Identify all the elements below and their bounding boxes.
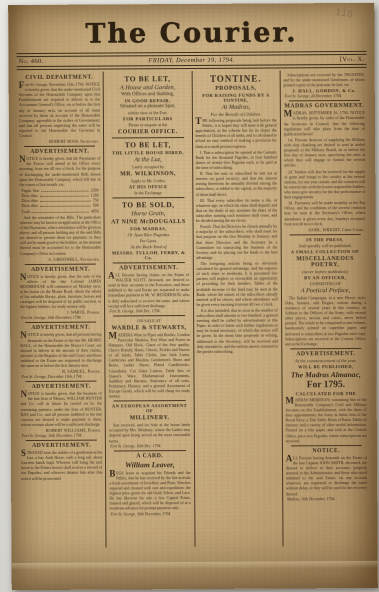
- heading-millinery: MILLINERY.: [109, 415, 190, 421]
- notice-scott-estate: ALL Persons having claims on the Estate …: [108, 272, 189, 308]
- heading-advertisement: ADVERTISEMENT.: [20, 325, 101, 331]
- notice-civil: Fort St. George, November 11th, 1794. NO…: [19, 82, 101, 139]
- subheading: FOR MADRAS,: [108, 226, 189, 231]
- subheading: ON SALE AT: [108, 318, 189, 323]
- place-date: Fort St. George, 16th Dec. 1794.: [109, 309, 189, 313]
- column-4: Subscriptions are received by the TRUSTE…: [279, 70, 370, 547]
- column-divider: [112, 137, 183, 138]
- place-date: Fort St. George, 16th December, 1794.: [21, 316, 101, 320]
- volume-label: [Vol. X.: [340, 56, 365, 63]
- subheading: Per Garse,: [108, 238, 189, 243]
- subheading: FOR PARTICULARS: [107, 116, 188, 121]
- notice-bills: And the remainder of the Bills. The part…: [19, 214, 100, 255]
- subheading: (never before published,): [285, 269, 366, 274]
- subheading: Situated on a pleasant Spot,: [107, 104, 188, 109]
- government-clause-3: 3d. Payments will be made monthly at the…: [284, 200, 365, 226]
- issue-date: FRIDAY, December 19, 1794.: [148, 57, 235, 65]
- subheading: Horse Grain,: [108, 210, 189, 217]
- subheading: MR. WILKINSON,: [107, 171, 188, 177]
- place-date: Fort St. George, December 16th, 1794.: [21, 375, 101, 379]
- newspaper-photo: { "masthead": { "title": "The Courier." …: [0, 0, 379, 592]
- place-date: Fort St. George, 16th December, 1794.: [111, 512, 191, 516]
- column-divider: [114, 450, 185, 451]
- subheading: With Offices and Stabling,: [107, 92, 188, 97]
- subheading: AT HIS OFFICE: [108, 184, 189, 189]
- masthead: The Courier.: [8, 3, 374, 48]
- heading-miscellaneous-poetry: MISCELLANEOUS POETRY,: [285, 256, 366, 268]
- column-divider: [25, 322, 96, 323]
- column-divider: [113, 262, 184, 263]
- tontine-intro: THE following proposals being laid befor…: [195, 117, 276, 148]
- card-text: BEGS leave to acquaint his Friends and t…: [109, 470, 190, 511]
- subheading: AN EUROPEAN ASSORTMENT OF: [109, 403, 190, 413]
- column-layout: CIVIL DEPARTMENT.Fort St. George, Novemb…: [16, 70, 371, 548]
- subheading: And speedily will be published,: [284, 243, 365, 248]
- heading-madras-government: MADRAS GOVERNMENT.: [284, 103, 365, 109]
- signature: R. SAMUEL, Purser.: [20, 369, 100, 374]
- subheading: within view of the Fort.: [107, 110, 188, 115]
- goods-list: MADEIRA Wine in Pipes and Bottles, Londo…: [108, 332, 190, 399]
- subheading: THE LITTLE HOUSE HIRED,: [107, 150, 188, 155]
- tontine-article-1: I. That a subscription be opened at the …: [196, 149, 277, 170]
- subheading: William Leaver,: [109, 460, 190, 469]
- subheading: A Poetical Preface,: [285, 287, 366, 294]
- subheading: At Madras,: [195, 103, 276, 110]
- signature: ROBERT WILLIAMS, Purser.: [21, 428, 101, 433]
- subheading: Please to enquire at the: [107, 122, 188, 127]
- signature: J. WHITE, Purser.: [20, 310, 100, 315]
- subheading: COURIER OFFICE.: [107, 129, 188, 135]
- column-divider: [113, 315, 184, 316]
- subheading: For the Benefit of Children.: [195, 111, 276, 116]
- column-3: TONTINE.PROPOSALS,FOR RAISING FUNDS BY A…: [191, 70, 282, 547]
- column-divider: [113, 197, 184, 198]
- bills-table: Pagds. Star2500Ditto ditto1200Ditto ditt…: [21, 187, 98, 213]
- heading-advertisement: ADVERTISEMENT.: [21, 384, 102, 390]
- notice-estate-2: NOTICE is hereby given, that all persons…: [20, 332, 101, 368]
- heading-wardle-stewarts: WARDLE & STEWARTS,: [108, 325, 189, 331]
- column-divider: [114, 400, 185, 401]
- subheading: At the Back-Yard of: [108, 244, 189, 249]
- notice-strayed: STRAYED from the stables of a gentleman …: [21, 450, 102, 481]
- subheading: CONSISTING OF: [285, 281, 366, 286]
- signature: A. GREENHILL, Paymaster.: [20, 256, 100, 261]
- government-clause-1: 1st. Persons desirous of supplying the M…: [284, 137, 365, 168]
- column-2: TO BE LET,A House and Garden,With Office…: [103, 71, 194, 548]
- heading-advertisement: ADVERTISEMENT.: [21, 443, 102, 449]
- poetry-contents: The Indian Campaigns, in a new Heroic st…: [285, 295, 367, 347]
- column-divider: [291, 445, 362, 446]
- subheading: In the Exchange.: [108, 190, 189, 195]
- heading-advertisement: ADVERTISEMENT.: [19, 149, 100, 155]
- heading-notice: NOTICE.: [286, 448, 367, 454]
- subheading: Or Juan Rice Pagodas: [108, 232, 189, 237]
- government-notice: MADRAS, SEPTEMBER 16, 1794. NOTICE is he…: [284, 110, 365, 136]
- column-divider: [290, 348, 361, 349]
- subheading: At the Luz,: [107, 156, 188, 163]
- subheading: PROPOSALS,: [195, 85, 276, 91]
- subheading: At the commencement of the year,: [285, 358, 366, 363]
- subheading: IN THE PRESS,: [284, 237, 365, 242]
- tontine-article-2: II. That the sum so subscribed be lent o…: [196, 171, 277, 197]
- column-1: CIVIL DEPARTMENT.Fort St. George, Novemb…: [16, 72, 106, 549]
- subheading: FOR RAISING FUNDS BY A TONTINE,: [195, 92, 276, 102]
- subheading: IN GOOD REPAIR,: [107, 98, 188, 103]
- subheading: A SMALL COLLECTION OF: [284, 249, 365, 254]
- tontine-remarks: The foregoing articles being so obviousl…: [196, 260, 278, 306]
- subheading: CALCULATED FOR THE: [285, 391, 366, 396]
- place-date: Madras, 16th December, 1794.: [287, 497, 367, 501]
- heading-advertisement: ADVERTISEMENT.: [108, 265, 189, 271]
- place-date: Fort St. George, 2d December, 1794.: [285, 94, 365, 98]
- subheading: AT NINE McDOUGALLS: [108, 219, 189, 225]
- heading-for-1795: For 1795.: [285, 380, 366, 390]
- subheading: MESSRS. TULLOH, FERRY, & Co.: [108, 250, 189, 260]
- subheading: BY AN OFFICER,: [285, 275, 366, 280]
- millinery-notice: Just received, and for Sale at the house…: [109, 422, 190, 443]
- signature: SAML. WRIGHT, Chief Clerk.: [284, 227, 364, 232]
- government-clause-2: 2d. Tenders will also be received for th…: [284, 168, 365, 199]
- notice-estate-1: NOTICE is hereby given, that the sale of…: [20, 273, 101, 309]
- subheading: A House and Garden,: [107, 84, 188, 91]
- column-divider: [26, 381, 97, 382]
- masthead-title: The Courier.: [8, 19, 374, 48]
- column-divider: [24, 146, 95, 147]
- heading-madras-almanac: The Madras Almanac,: [285, 370, 366, 379]
- subscribers-names: J. HALL, GORDON, & Co.: [283, 88, 364, 93]
- tontine-article-3: III. That every subscriber do name a lif…: [196, 197, 277, 223]
- subheading: Apply to Mr. Coffin,: [108, 178, 189, 183]
- column-divider: [289, 100, 360, 101]
- column-divider: [25, 263, 96, 264]
- almanac-description: MADRAS MERIDIAN; containing lists of the…: [285, 397, 367, 443]
- heading-advertisement: ADVERTISEMENT.: [20, 266, 101, 272]
- heading-to-be-let-2: TO BE LET,: [107, 140, 188, 149]
- place-date: Fort St. George, 16th December, 1794.: [22, 434, 102, 438]
- double-rule-bottom: [17, 64, 367, 70]
- newspaper-page: 118 The Courier. No. 460. FRIDAY, Decemb…: [8, 3, 378, 590]
- heading-to-be-let: TO BE LET,: [107, 74, 188, 83]
- tontine-meeting: It is also intended, that so soon as the…: [197, 307, 279, 353]
- column-divider: [26, 440, 97, 441]
- signature: ROBERT ROSS, Secretary.: [19, 139, 99, 144]
- issue-number: No. 460.: [19, 58, 44, 65]
- place-date: Fort St. George, 16th Dec. 1794.: [110, 444, 190, 448]
- notice-estate-3: NOTICE is hereby given, that the busines…: [21, 391, 102, 427]
- tontine-article-4: Fourth. That the Directors be chosen ann…: [196, 224, 277, 260]
- heading-to-be-sold: TO BE SOLD,: [108, 200, 189, 209]
- column-divider: [289, 234, 360, 235]
- heading-civil-department: CIVIL DEPARTMENT.: [19, 75, 100, 81]
- subheading: Lately occupied by: [107, 164, 188, 169]
- heading-tontine: TONTINE.: [195, 73, 276, 83]
- notice-paymaster: NOTICE is hereby given, that the Paymast…: [19, 156, 100, 187]
- subheading: WILL BE PUBLISHED,: [285, 364, 366, 369]
- estate-notice: ALL Persons having demands on the Estate…: [286, 455, 367, 496]
- tontine-subscriptions: Subscriptions are received by the TRUSTE…: [283, 72, 364, 88]
- heading-a-card: A CARD.: [109, 453, 190, 459]
- paper-crease: [12, 561, 378, 570]
- pencil-mark: 118: [335, 8, 353, 20]
- heading-advertisement: ADVERTISEMENT.: [285, 351, 366, 357]
